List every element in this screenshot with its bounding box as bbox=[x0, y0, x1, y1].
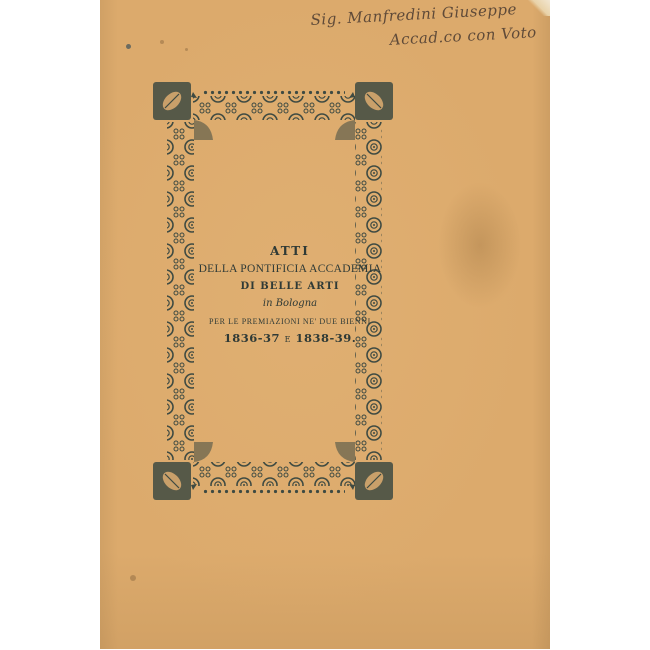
years-separator: E bbox=[285, 335, 291, 344]
title-block: ATTI DELLA PONTIFICIA ACCADEMIA DI BELLE… bbox=[190, 236, 390, 345]
title-belle-arti: DI BELLE ARTI bbox=[190, 281, 390, 292]
foxing-spot bbox=[160, 40, 164, 44]
foxing-spot bbox=[185, 48, 188, 51]
title-atti: ATTI bbox=[190, 244, 390, 258]
foxing-spot bbox=[130, 575, 136, 581]
ink-spot bbox=[126, 44, 131, 49]
years-second: 1838-39. bbox=[295, 331, 356, 345]
years-first: 1836-37 bbox=[224, 331, 280, 345]
title-city: in Bologna bbox=[190, 298, 390, 309]
title-premiazioni: PER LE PREMIAZIONI NE' DUE BIENNI bbox=[190, 317, 390, 326]
title-accademia: DELLA PONTIFICIA ACCADEMIA bbox=[190, 263, 390, 275]
book-cover: Sig. Manfredini Giuseppe Accad.co con Vo… bbox=[100, 0, 550, 649]
handwritten-inscription: Sig. Manfredini Giuseppe Accad.co con Vo… bbox=[310, 0, 552, 56]
title-years: 1836-37 E 1838-39. bbox=[190, 331, 390, 345]
